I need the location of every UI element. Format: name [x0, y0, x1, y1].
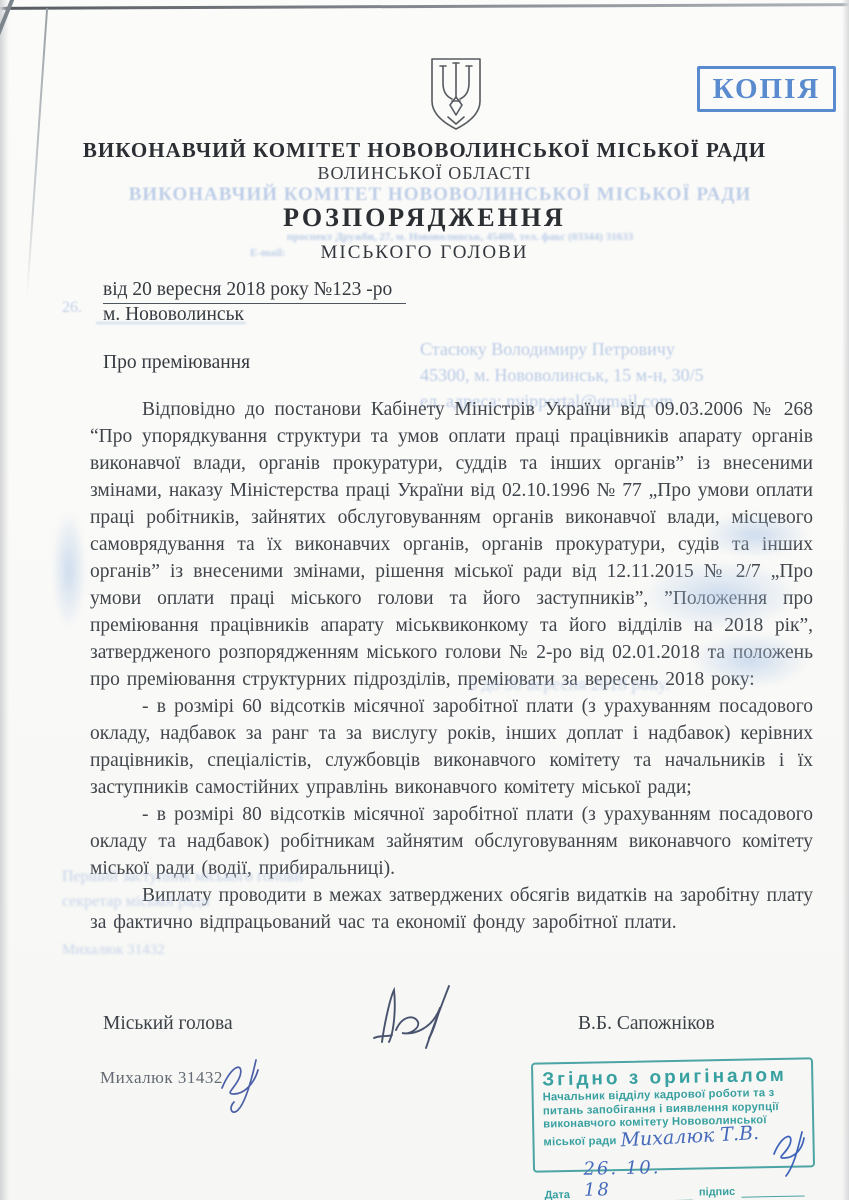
- ukraine-trident-emblem-icon: [428, 57, 484, 131]
- subject-line: Про преміювання: [103, 352, 250, 374]
- bleedthrough-blob: [700, 512, 810, 558]
- bleedthrough-blob: [690, 632, 810, 688]
- stamp-sign-label: підпис: [699, 1186, 735, 1199]
- stamp-date-label: Дата: [544, 1189, 570, 1200]
- bleedthrough-body-fragment: 5 до 30 вересня 2018 року.: [468, 674, 670, 695]
- bleedthrough-underline: [96, 322, 246, 324]
- stamp-line4: міської ради: [543, 1135, 616, 1150]
- bleedthrough-left-line1: Перший заступник міського голови: [62, 868, 303, 886]
- document-subtitle: МІСЬКОГО ГОЛОВИ: [60, 242, 789, 264]
- date-number-line: від 20 вересня 2018 року №123 -ро: [103, 279, 406, 304]
- mayor-signature: [342, 978, 468, 1070]
- scan-edge-top: [0, 3, 849, 10]
- scanned-document-page: КОПІЯ ВИКОНАВЧИЙ КОМІТЕТ НОВОВОЛИНСЬКОЇ …: [0, 0, 849, 1200]
- bleedthrough-blob: [640, 560, 800, 630]
- stamp-signature: [768, 1128, 820, 1186]
- bleedthrough-left-line2: секретар міської ради: [62, 893, 210, 911]
- clerk-signature: [212, 1052, 288, 1118]
- bleedthrough-number: 26.: [62, 299, 82, 317]
- bleedthrough-blob: [52, 510, 86, 630]
- org-name-line2: ВОЛИНСЬКОЇ ОБЛАСТІ: [60, 163, 789, 184]
- org-name-line1: ВИКОНАВЧИЙ КОМІТЕТ НОВОВОЛИНСЬКОЇ МІСЬКО…: [60, 138, 789, 163]
- signer-title: Міський голова: [103, 1013, 233, 1035]
- bleedthrough-left-line3: Михалюк 31432: [62, 942, 165, 959]
- bleedthrough-recipient-name: Стасюку Володимиру Петровичу: [420, 336, 704, 362]
- bleedthrough-recipient-address: 45300, м. Нововолинськ, 15 м-н, 30/5: [420, 362, 704, 388]
- body-paragraph-2: - в розмірі 60 відсотків місячної заробі…: [90, 693, 813, 801]
- scan-edge-left: [0, 0, 9, 1200]
- signer-name: В.Б. Сапожніков: [578, 1013, 715, 1035]
- clerk-reference: Михалюк 31432: [100, 1068, 223, 1088]
- scan-edge-right: [842, 0, 849, 1200]
- copy-stamp: КОПІЯ: [697, 66, 836, 112]
- page-fold-line: [26, 8, 48, 297]
- stamp-handwritten-date: 26. 10. 18: [575, 1156, 693, 1200]
- document-title: РОЗПОРЯДЖЕННЯ: [60, 203, 789, 233]
